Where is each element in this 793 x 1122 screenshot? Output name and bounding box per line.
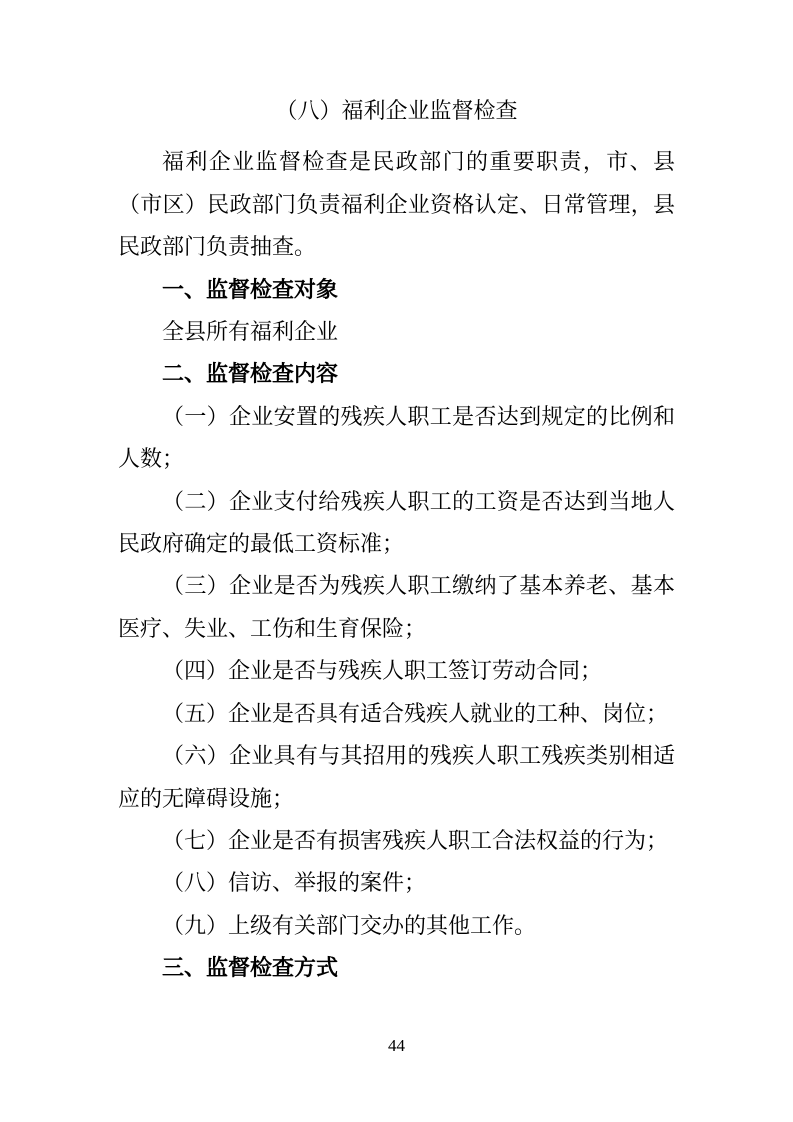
list-item: （九）上级有关部门交办的其他工作。 [118,905,675,947]
list-item: （三）企业是否为残疾人职工缴纳了基本养老、基本医疗、失业、工伤和生育保险； [118,565,675,650]
section-heading-contents: 二、监督检查内容 [118,353,675,395]
document-content: （八）福利企业监督检查 福利企业监督检查是民政部门的重要职责，市、县（市区）民政… [118,90,675,990]
document-page: （八）福利企业监督检查 福利企业监督检查是民政部门的重要职责，市、县（市区）民政… [0,0,793,1122]
list-item: （七）企业是否有损害残疾人职工合法权益的行为； [118,820,675,862]
intro-paragraph: 福利企业监督检查是民政部门的重要职责，市、县（市区）民政部门负责福利企业资格认定… [118,141,675,268]
page-number: 44 [0,1036,793,1056]
section-heading-targets: 一、监督检查对象 [118,269,675,311]
list-item: （一）企业安置的残疾人职工是否达到规定的比例和人数； [118,396,675,481]
list-item: （二）企业支付给残疾人职工的工资是否达到当地人民政府确定的最低工资标准； [118,481,675,566]
section-body: 全县所有福利企业 [118,311,675,353]
list-item: （八）信访、举报的案件； [118,862,675,904]
list-item: （五）企业是否具有适合残疾人就业的工种、岗位； [118,693,675,735]
page-title: （八）福利企业监督检查 [118,90,675,132]
list-item: （六）企业具有与其招用的残疾人职工残疾类别相适应的无障碍设施； [118,735,675,820]
list-item: （四）企业是否与残疾人职工签订劳动合同； [118,650,675,692]
section-heading-methods: 三、监督检查方式 [118,947,675,989]
